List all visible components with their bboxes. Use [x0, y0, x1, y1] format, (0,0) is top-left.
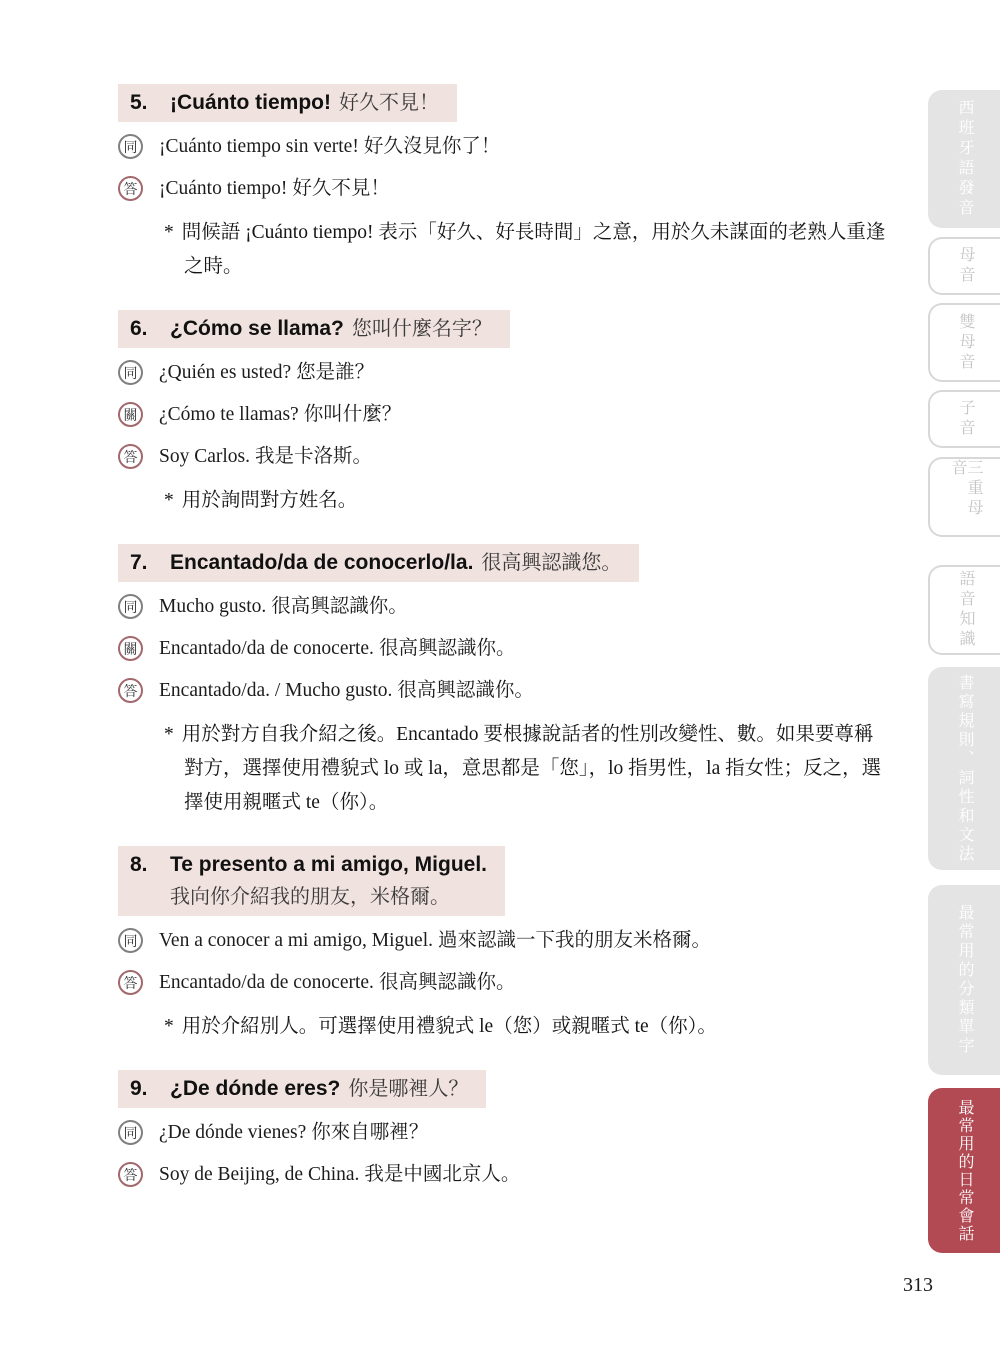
section-number: 5. — [130, 90, 170, 116]
tab-label: 三重母音 — [949, 459, 981, 535]
sidebar-tab-daily-conversation[interactable]: 最常用的日常會話 — [928, 1088, 1000, 1253]
entry-chinese: 很高興認識你。 — [379, 638, 516, 659]
section-number: 7. — [130, 550, 170, 576]
note-text: 用於介紹別人。可選擇使用禮貌式 le（您）或親暱式 te（你）。 — [182, 1016, 717, 1037]
entry-spanish: Encantado/da de conocerte. — [159, 638, 374, 659]
sidebar-tab-phonetics[interactable]: 語音知識 — [928, 565, 1000, 655]
phrase-section-6: 6.¿Cómo se llama?您叫什麼名字？ 同 ¿Quién es ust… — [118, 310, 888, 518]
tab-label: 雙母音 — [957, 313, 973, 373]
tab-label: 子音 — [957, 399, 973, 439]
entry-row: 答 Encantado/da. / Mucho gusto.很高興認識你。 — [118, 676, 888, 705]
book-page: 5.¡Cuánto tiempo!好久不見！ 同 ¡Cuánto tiempo … — [0, 0, 1000, 1353]
entry-text: Encantado/da de conocerte.很高興認識你。 — [159, 968, 515, 997]
usage-note: *用於詢問對方姓名。 — [164, 484, 890, 518]
badge-tong: 同 — [118, 134, 143, 159]
section-number: 6. — [130, 316, 170, 342]
entry-spanish: Soy Carlos. — [159, 446, 250, 467]
entry-spanish: ¿De dónde vienes? — [159, 1122, 306, 1143]
phrase-list: 5.¡Cuánto tiempo!好久不見！ 同 ¡Cuánto tiempo … — [118, 84, 888, 1215]
tab-label: 西班牙語發音 — [956, 99, 972, 219]
section-header: 6.¿Cómo se llama?您叫什麼名字？ — [118, 310, 510, 348]
section-header: 7.Encantado/da de conocerlo/la.很高興認識您。 — [118, 544, 639, 582]
note-text: 問候語 ¡Cuánto tiempo! 表示「好久、好長時間」之意，用於久未謀面… — [182, 222, 886, 277]
sidebar-tab-diphthongs[interactable]: 雙母音 — [928, 303, 1000, 382]
entry-text: ¿De dónde vienes?你來自哪裡？ — [159, 1118, 428, 1147]
entry-chinese: 我是中國北京人。 — [364, 1164, 520, 1185]
badge-tong: 同 — [118, 928, 143, 953]
section-header: 8.Te presento a mi amigo, Miguel.我向你介紹我的… — [118, 846, 505, 916]
section-phrase-chinese: 我向你介紹我的朋友，米格爾。 — [170, 884, 487, 910]
sidebar-tab-triphthongs[interactable]: 三重母音 — [928, 457, 1000, 537]
entry-spanish: Mucho gusto. — [159, 596, 266, 617]
badge-guan: 關 — [118, 402, 143, 427]
entry-row: 同 ¿De dónde vienes?你來自哪裡？ — [118, 1118, 888, 1147]
section-header: 5.¡Cuánto tiempo!好久不見！ — [118, 84, 457, 122]
entry-chinese: 很高興認識你。 — [397, 680, 534, 701]
section-phrase-chinese: 很高興認識您。 — [481, 552, 621, 574]
entry-text: Encantado/da. / Mucho gusto.很高興認識你。 — [159, 676, 534, 705]
badge-da: 答 — [118, 970, 143, 995]
section-phrase-chinese: 好久不見！ — [339, 92, 439, 114]
note-text: 用於對方自我介紹之後。Encantado 要根據說話者的性別改變性、數。如果要尊… — [182, 724, 881, 813]
tab-label: 最常用的分類單字 — [956, 904, 972, 1056]
section-phrase-chinese: 你是哪裡人？ — [348, 1078, 468, 1100]
entry-row: 答 Soy de Beijing, de China.我是中國北京人。 — [118, 1160, 888, 1189]
entry-chinese: 好久不見！ — [292, 178, 390, 199]
note-asterisk: * — [164, 724, 174, 745]
entry-chinese: 您是誰？ — [296, 362, 374, 383]
entry-text: ¿Quién es usted?您是誰？ — [159, 358, 374, 387]
entry-chinese: 好久沒見你了！ — [364, 136, 501, 157]
sidebar-tab-category-words[interactable]: 最常用的分類單字 — [928, 885, 1000, 1075]
badge-da: 答 — [118, 678, 143, 703]
entry-spanish: ¿Quién es usted? — [159, 362, 291, 383]
entry-text: Encantado/da de conocerte.很高興認識你。 — [159, 634, 515, 663]
badge-da: 答 — [118, 444, 143, 469]
entry-row: 答 ¡Cuánto tiempo!好久不見！ — [118, 174, 888, 203]
entry-spanish: ¿Cómo te llamas? — [159, 404, 299, 425]
section-phrase-spanish: ¿Cómo se llama? — [170, 317, 344, 340]
section-phrase-spanish: ¿De dónde eres? — [170, 1077, 340, 1100]
entry-chinese: 我是卡洛斯。 — [255, 446, 372, 467]
section-number: 8. — [130, 852, 170, 878]
entry-text: Mucho gusto.很高興認識你。 — [159, 592, 408, 621]
sidebar-tab-spanish-pronunciation[interactable]: 西班牙語發音 — [928, 90, 1000, 228]
usage-note: *用於對方自我介紹之後。Encantado 要根據說話者的性別改變性、數。如果要… — [164, 718, 890, 820]
badge-da: 答 — [118, 176, 143, 201]
tab-label: 語音知識 — [957, 570, 973, 650]
entry-row: 答 Soy Carlos.我是卡洛斯。 — [118, 442, 888, 471]
section-header: 9.¿De dónde eres?你是哪裡人？ — [118, 1070, 486, 1108]
badge-da: 答 — [118, 1162, 143, 1187]
entry-row: 關 Encantado/da de conocerte.很高興認識你。 — [118, 634, 888, 663]
entry-spanish: Encantado/da de conocerte. — [159, 972, 374, 993]
entry-text: ¡Cuánto tiempo sin verte!好久沒見你了！ — [159, 132, 500, 161]
phrase-section-5: 5.¡Cuánto tiempo!好久不見！ 同 ¡Cuánto tiempo … — [118, 84, 888, 284]
note-asterisk: * — [164, 1016, 174, 1037]
entry-row: 同 ¡Cuánto tiempo sin verte!好久沒見你了！ — [118, 132, 888, 161]
sidebar-tab-writing-grammar[interactable]: 書寫規則、詞性和文法 — [928, 667, 1000, 870]
section-phrase-spanish: Te presento a mi amigo, Miguel. — [170, 853, 487, 876]
phrase-section-8: 8.Te presento a mi amigo, Miguel.我向你介紹我的… — [118, 846, 888, 1044]
section-phrase-spanish: Encantado/da de conocerlo/la. — [170, 551, 473, 574]
entry-chinese: 很高興認識你。 — [271, 596, 408, 617]
entry-row: 同 Mucho gusto.很高興認識你。 — [118, 592, 888, 621]
badge-guan: 關 — [118, 636, 143, 661]
entry-chinese: 你來自哪裡？ — [311, 1122, 428, 1143]
entry-text: Soy Carlos.我是卡洛斯。 — [159, 442, 372, 471]
entry-text: Ven a conocer a mi amigo, Miguel.過來認識一下我… — [159, 926, 711, 955]
phrase-section-7: 7.Encantado/da de conocerlo/la.很高興認識您。 同… — [118, 544, 888, 820]
tab-label: 書寫規則、詞性和文法 — [956, 674, 972, 864]
sidebar-tab-vowels[interactable]: 母音 — [928, 237, 1000, 295]
entry-spanish: ¡Cuánto tiempo sin verte! — [159, 136, 359, 157]
entry-text: ¿Cómo te llamas?你叫什麼？ — [159, 400, 401, 429]
section-number: 9. — [130, 1076, 170, 1102]
usage-note: *問候語 ¡Cuánto tiempo! 表示「好久、好長時間」之意，用於久未謀… — [164, 216, 890, 284]
badge-tong: 同 — [118, 594, 143, 619]
page-number: 313 — [903, 1274, 933, 1297]
section-phrase-spanish: ¡Cuánto tiempo! — [170, 91, 331, 114]
badge-tong: 同 — [118, 1120, 143, 1145]
phrase-section-9: 9.¿De dónde eres?你是哪裡人？ 同 ¿De dónde vien… — [118, 1070, 888, 1189]
usage-note: *用於介紹別人。可選擇使用禮貌式 le（您）或親暱式 te（你）。 — [164, 1010, 890, 1044]
entry-chinese: 過來認識一下我的朋友米格爾。 — [438, 930, 711, 951]
entry-spanish: Ven a conocer a mi amigo, Miguel. — [159, 930, 433, 951]
entry-chinese: 你叫什麼？ — [304, 404, 402, 425]
badge-tong: 同 — [118, 360, 143, 385]
entry-row: 關 ¿Cómo te llamas?你叫什麼？ — [118, 400, 888, 429]
entry-spanish: ¡Cuánto tiempo! — [159, 178, 287, 199]
entry-row: 答 Encantado/da de conocerte.很高興認識你。 — [118, 968, 888, 997]
entry-text: ¡Cuánto tiempo!好久不見！ — [159, 174, 390, 203]
entry-text: Soy de Beijing, de China.我是中國北京人。 — [159, 1160, 520, 1189]
entry-row: 同 ¿Quién es usted?您是誰？ — [118, 358, 888, 387]
note-text: 用於詢問對方姓名。 — [182, 490, 358, 511]
tab-label: 最常用的日常會話 — [956, 1099, 972, 1243]
entry-spanish: Encantado/da. / Mucho gusto. — [159, 680, 392, 701]
section-phrase-chinese: 您叫什麼名字？ — [352, 318, 492, 340]
entry-row: 同 Ven a conocer a mi amigo, Miguel.過來認識一… — [118, 926, 888, 955]
thumb-tab-sidebar: 西班牙語發音 母音 雙母音 子音 三重母音 語音知識 書寫規則、詞性和文法 最常… — [920, 0, 1000, 1353]
entry-chinese: 很高興認識你。 — [379, 972, 516, 993]
entry-spanish: Soy de Beijing, de China. — [159, 1164, 359, 1185]
sidebar-tab-consonants[interactable]: 子音 — [928, 390, 1000, 448]
note-asterisk: * — [164, 490, 174, 511]
tab-label: 母音 — [957, 246, 973, 286]
note-asterisk: * — [164, 222, 174, 243]
